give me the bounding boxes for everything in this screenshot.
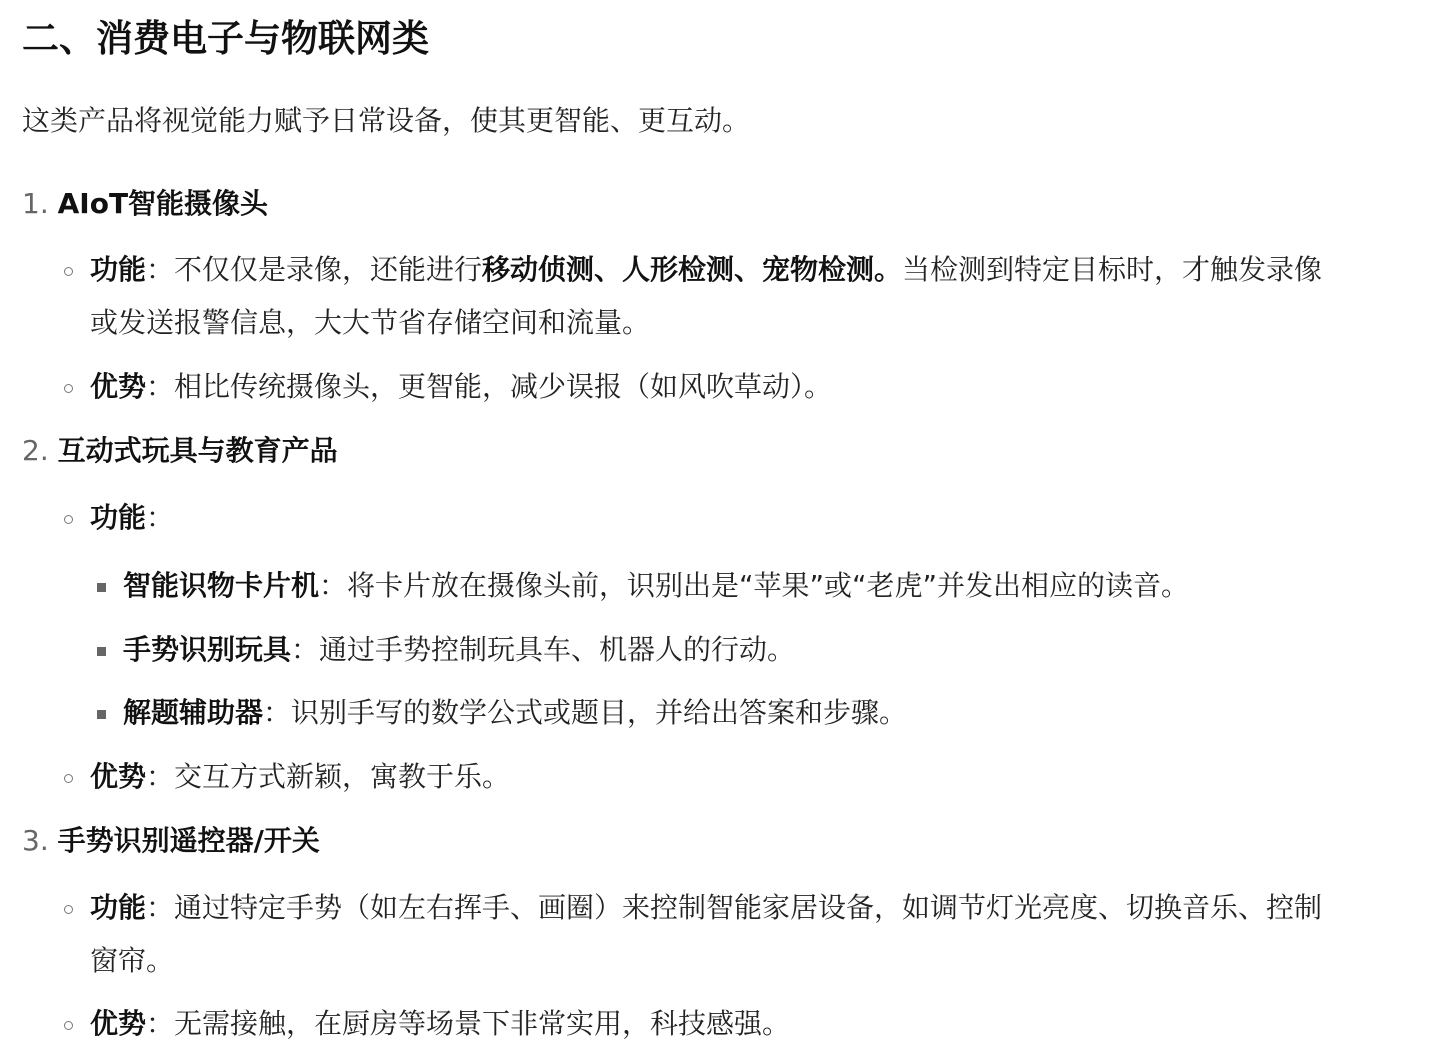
- list-number: 1.: [22, 187, 49, 220]
- advantage-label: 优势: [90, 760, 146, 793]
- advantage-label: 优势: [90, 1007, 146, 1040]
- function-label: 功能: [90, 501, 146, 534]
- subitem: 手势识别玩具：通过手势控制玩具车、机器人的行动。: [123, 630, 795, 670]
- subitem-text: ：将卡片放在摄像头前，识别出是“苹果”或“老虎”并发出相应的读音。: [319, 569, 1189, 602]
- item-2-function: 功能：: [90, 498, 174, 538]
- section-heading: 二、消费电子与物联网类: [22, 14, 429, 64]
- list-item-3-title: 3. 手势识别遥控器/开关: [22, 821, 320, 861]
- subitem: 智能识物卡片机：将卡片放在摄像头前，识别出是“苹果”或“老虎”并发出相应的读音。: [123, 566, 1189, 606]
- function-text: ：通过特定手势（如左右挥手、画圈）来控制智能家居设备，如调节灯光亮度、切换音乐、…: [146, 891, 1322, 924]
- subitem-text: ：识别手写的数学公式或题目，并给出答案和步骤。: [263, 696, 907, 729]
- list-number: 2.: [22, 434, 49, 467]
- circle-bullet-icon: [64, 774, 73, 783]
- list-number: 3.: [22, 824, 49, 857]
- circle-bullet-icon: [64, 384, 73, 393]
- intro-paragraph: 这类产品将视觉能力赋予日常设备，使其更智能、更互动。: [22, 101, 750, 141]
- advantage-text: ：交互方式新颖，寓教于乐。: [146, 760, 510, 793]
- subitem-label: 解题辅助器: [123, 696, 263, 729]
- list-item-1-title: 1. AIoT智能摄像头: [22, 184, 268, 224]
- subitem: 解题辅助器：识别手写的数学公式或题目，并给出答案和步骤。: [123, 693, 907, 733]
- function-text-cont: 当检测到特定目标时，才触发录像: [902, 253, 1322, 286]
- advantage-text: ：相比传统摄像头，更智能，减少误报（如风吹草动）。: [146, 370, 832, 403]
- item-3-function-line2: 窗帘。: [90, 941, 174, 981]
- item-1-advantage: 优势：相比传统摄像头，更智能，减少误报（如风吹草动）。: [90, 367, 832, 407]
- subitem-label: 手势识别玩具: [123, 633, 291, 666]
- item-1-function-line2: 或发送报警信息，大大节省存储空间和流量。: [90, 303, 650, 343]
- item-3-advantage: 优势：无需接触，在厨房等场景下非常实用，科技感强。: [90, 1004, 790, 1044]
- advantage-label: 优势: [90, 370, 146, 403]
- function-label: 功能: [90, 891, 146, 924]
- function-text: ：不仅仅是录像，还能进行: [146, 253, 482, 286]
- subitem-text: ：通过手势控制玩具车、机器人的行动。: [291, 633, 795, 666]
- item-title: 互动式玩具与教育产品: [58, 434, 338, 467]
- item-2-advantage: 优势：交互方式新颖，寓教于乐。: [90, 757, 510, 797]
- square-bullet-icon: [97, 710, 106, 719]
- item-title: 手势识别遥控器/开关: [58, 824, 320, 857]
- function-label: 功能: [90, 253, 146, 286]
- function-bold-text: 移动侦测、人形检测、宠物检测。: [482, 253, 902, 286]
- list-item-2-title: 2. 互动式玩具与教育产品: [22, 431, 338, 471]
- circle-bullet-icon: [64, 1021, 73, 1030]
- square-bullet-icon: [97, 647, 106, 656]
- square-bullet-icon: [97, 583, 106, 592]
- item-1-function: 功能：不仅仅是录像，还能进行移动侦测、人形检测、宠物检测。当检测到特定目标时，才…: [90, 250, 1322, 290]
- subitem-label: 智能识物卡片机: [123, 569, 319, 602]
- advantage-text: ：无需接触，在厨房等场景下非常实用，科技感强。: [146, 1007, 790, 1040]
- circle-bullet-icon: [64, 515, 73, 524]
- colon: ：: [146, 501, 174, 534]
- item-title: AIoT智能摄像头: [58, 187, 268, 220]
- item-3-function: 功能：通过特定手势（如左右挥手、画圈）来控制智能家居设备，如调节灯光亮度、切换音…: [90, 888, 1322, 928]
- circle-bullet-icon: [64, 905, 73, 914]
- circle-bullet-icon: [64, 267, 73, 276]
